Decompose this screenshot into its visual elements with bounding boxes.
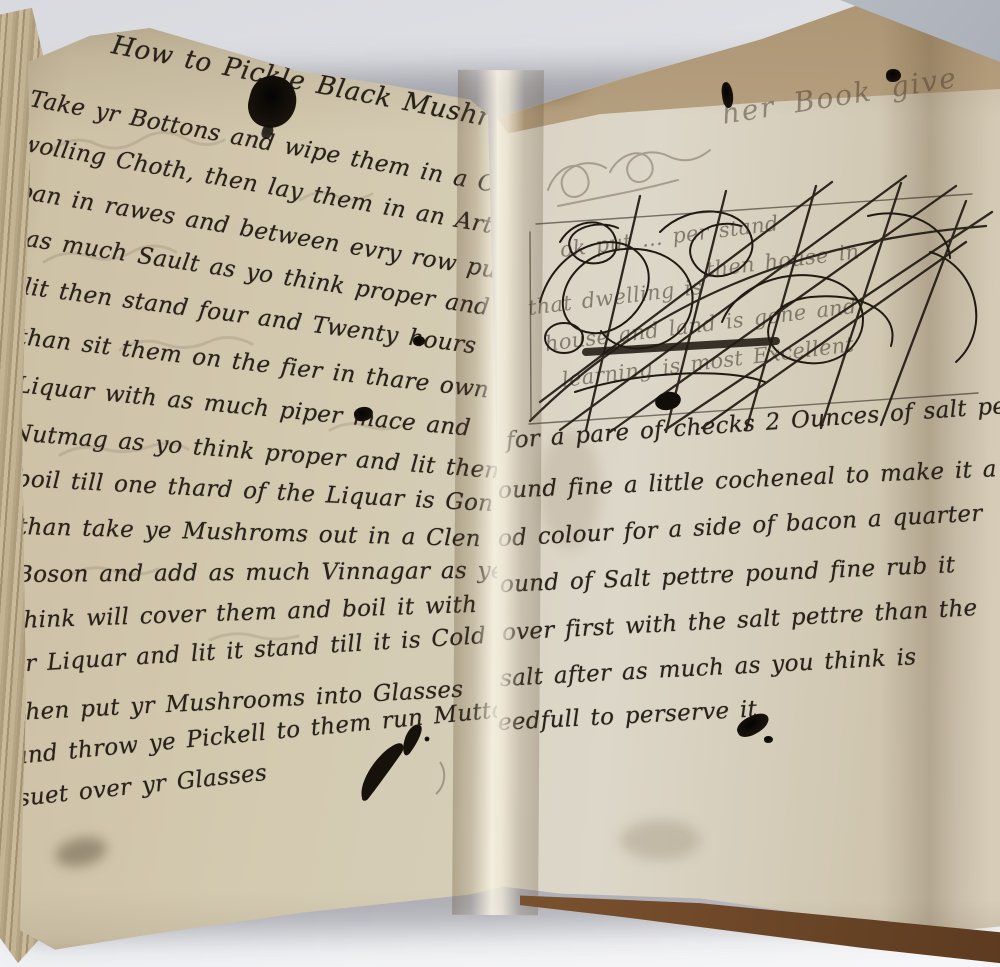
photo-of-open-manuscript-book: How to Pickle Black Mushroms Take yr Bot… — [0, 0, 1000, 967]
small-ink-blot — [764, 736, 773, 743]
book-gutter — [452, 70, 544, 916]
